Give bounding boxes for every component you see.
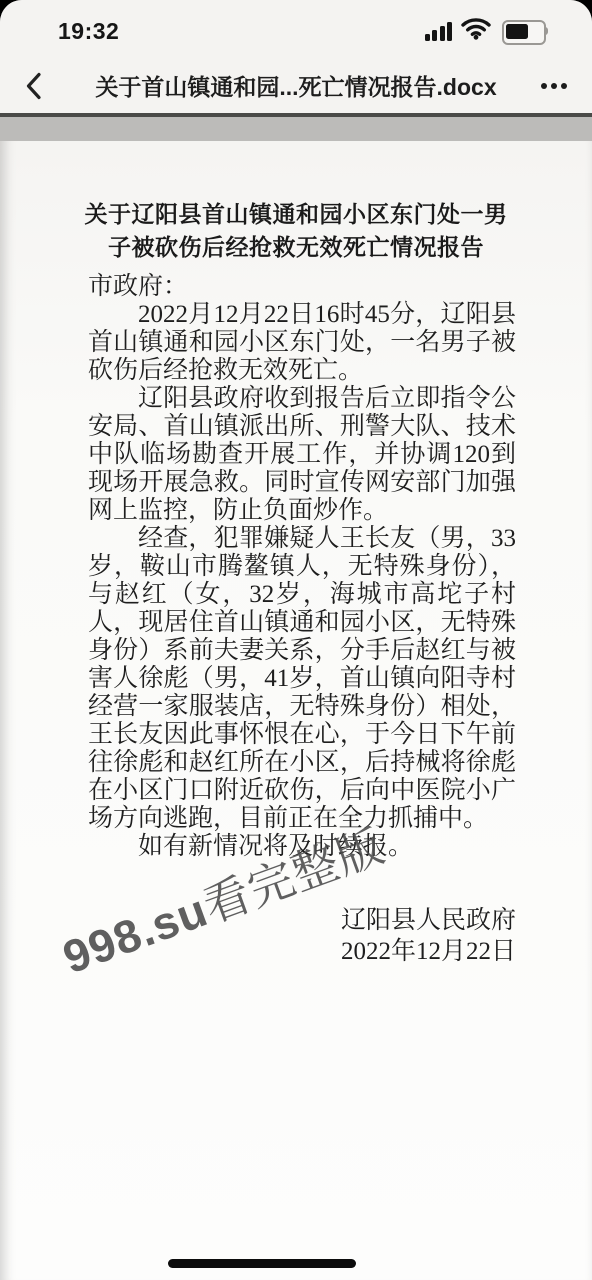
signature-date: 2022年12月22日	[88, 935, 516, 969]
cellular-signal-icon	[425, 22, 453, 41]
report-title: 关于辽阳县首山镇通和园小区东门处一男 子被砍伤后经抢救无效死亡情况报告	[0, 141, 592, 273]
document-viewer-header: 关于首山镇通和园...死亡情况报告.docx	[0, 58, 592, 113]
status-time: 19:32	[58, 14, 119, 45]
phone-screen: 19:32 关于首山镇通和园...死亡情况报告.docx	[0, 0, 592, 1280]
home-indicator[interactable]	[168, 1259, 356, 1268]
back-button[interactable]	[18, 71, 48, 101]
chevron-left-icon	[25, 72, 42, 100]
salutation: 市政府：	[88, 273, 516, 301]
paragraph-1: 2022月12月22日16时45分，辽阳县首山镇通和园小区东门处，一名男子被砍伤…	[88, 301, 516, 385]
report-title-line-2: 子被砍伤后经抢救无效死亡情况报告	[0, 231, 592, 264]
paragraph-2: 辽阳县政府收到报告后立即指令公安局、首山镇派出所、刑警大队、技术中队临场勘查开展…	[88, 385, 516, 525]
paragraph-3: 经查，犯罪嫌疑人王长友（男，33岁，鞍山市腾鳌镇人，无特殊身份），与赵红（女，3…	[88, 525, 516, 833]
document-page: 关于辽阳县首山镇通和园小区东门处一男 子被砍伤后经抢救无效死亡情况报告 市政府：…	[0, 141, 592, 1280]
status-bar: 19:32	[0, 0, 592, 58]
signature: 辽阳县人民政府	[88, 907, 516, 935]
status-icons	[425, 13, 549, 45]
content-gap	[0, 117, 592, 141]
file-title: 关于首山镇通和园...死亡情况报告.docx	[60, 58, 532, 113]
wifi-icon	[461, 17, 491, 45]
battery-icon	[502, 20, 548, 43]
more-icon	[541, 83, 547, 89]
more-button[interactable]	[532, 71, 576, 101]
report-title-line-1: 关于辽阳县首山镇通和园小区东门处一男	[0, 198, 592, 231]
report-body: 市政府： 2022月12月22日16时45分，辽阳县首山镇通和园小区东门处，一名…	[88, 273, 516, 969]
paragraph-4: 如有新情况将及时续报。	[88, 833, 516, 861]
